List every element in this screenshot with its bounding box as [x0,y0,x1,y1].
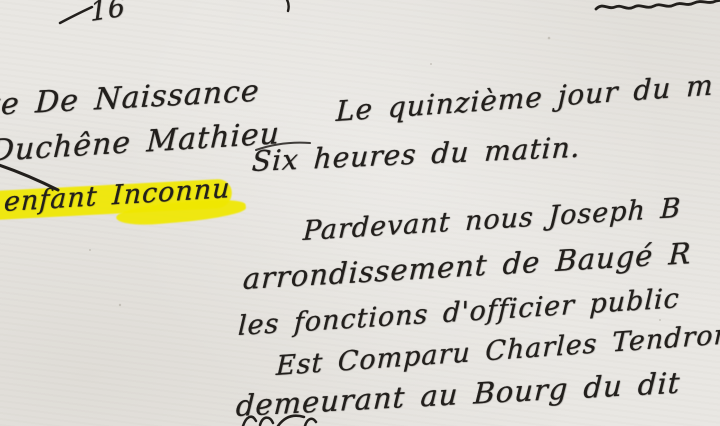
page-number: 16 [89,0,127,28]
clipped-stroke-top-center [286,0,289,11]
paper-speck [659,319,661,321]
scanned-register-page: 16 te De Naissance Duchêne Mathieu enfan… [0,0,720,426]
clipped-handwriting-top-right [596,0,720,9]
page-number-lead-stroke [60,7,92,23]
margin-title-fragment: te De Naissance [0,74,261,123]
paper-speck [89,249,91,251]
act-line-2: Six heures du matin. [251,131,582,178]
paper-speck [430,63,432,65]
paper-speck [548,37,551,40]
paper-speck [119,304,121,306]
margin-name: Duchêne Mathieu [0,116,281,169]
act-line-1: Le quinzième jour du m [335,69,714,129]
